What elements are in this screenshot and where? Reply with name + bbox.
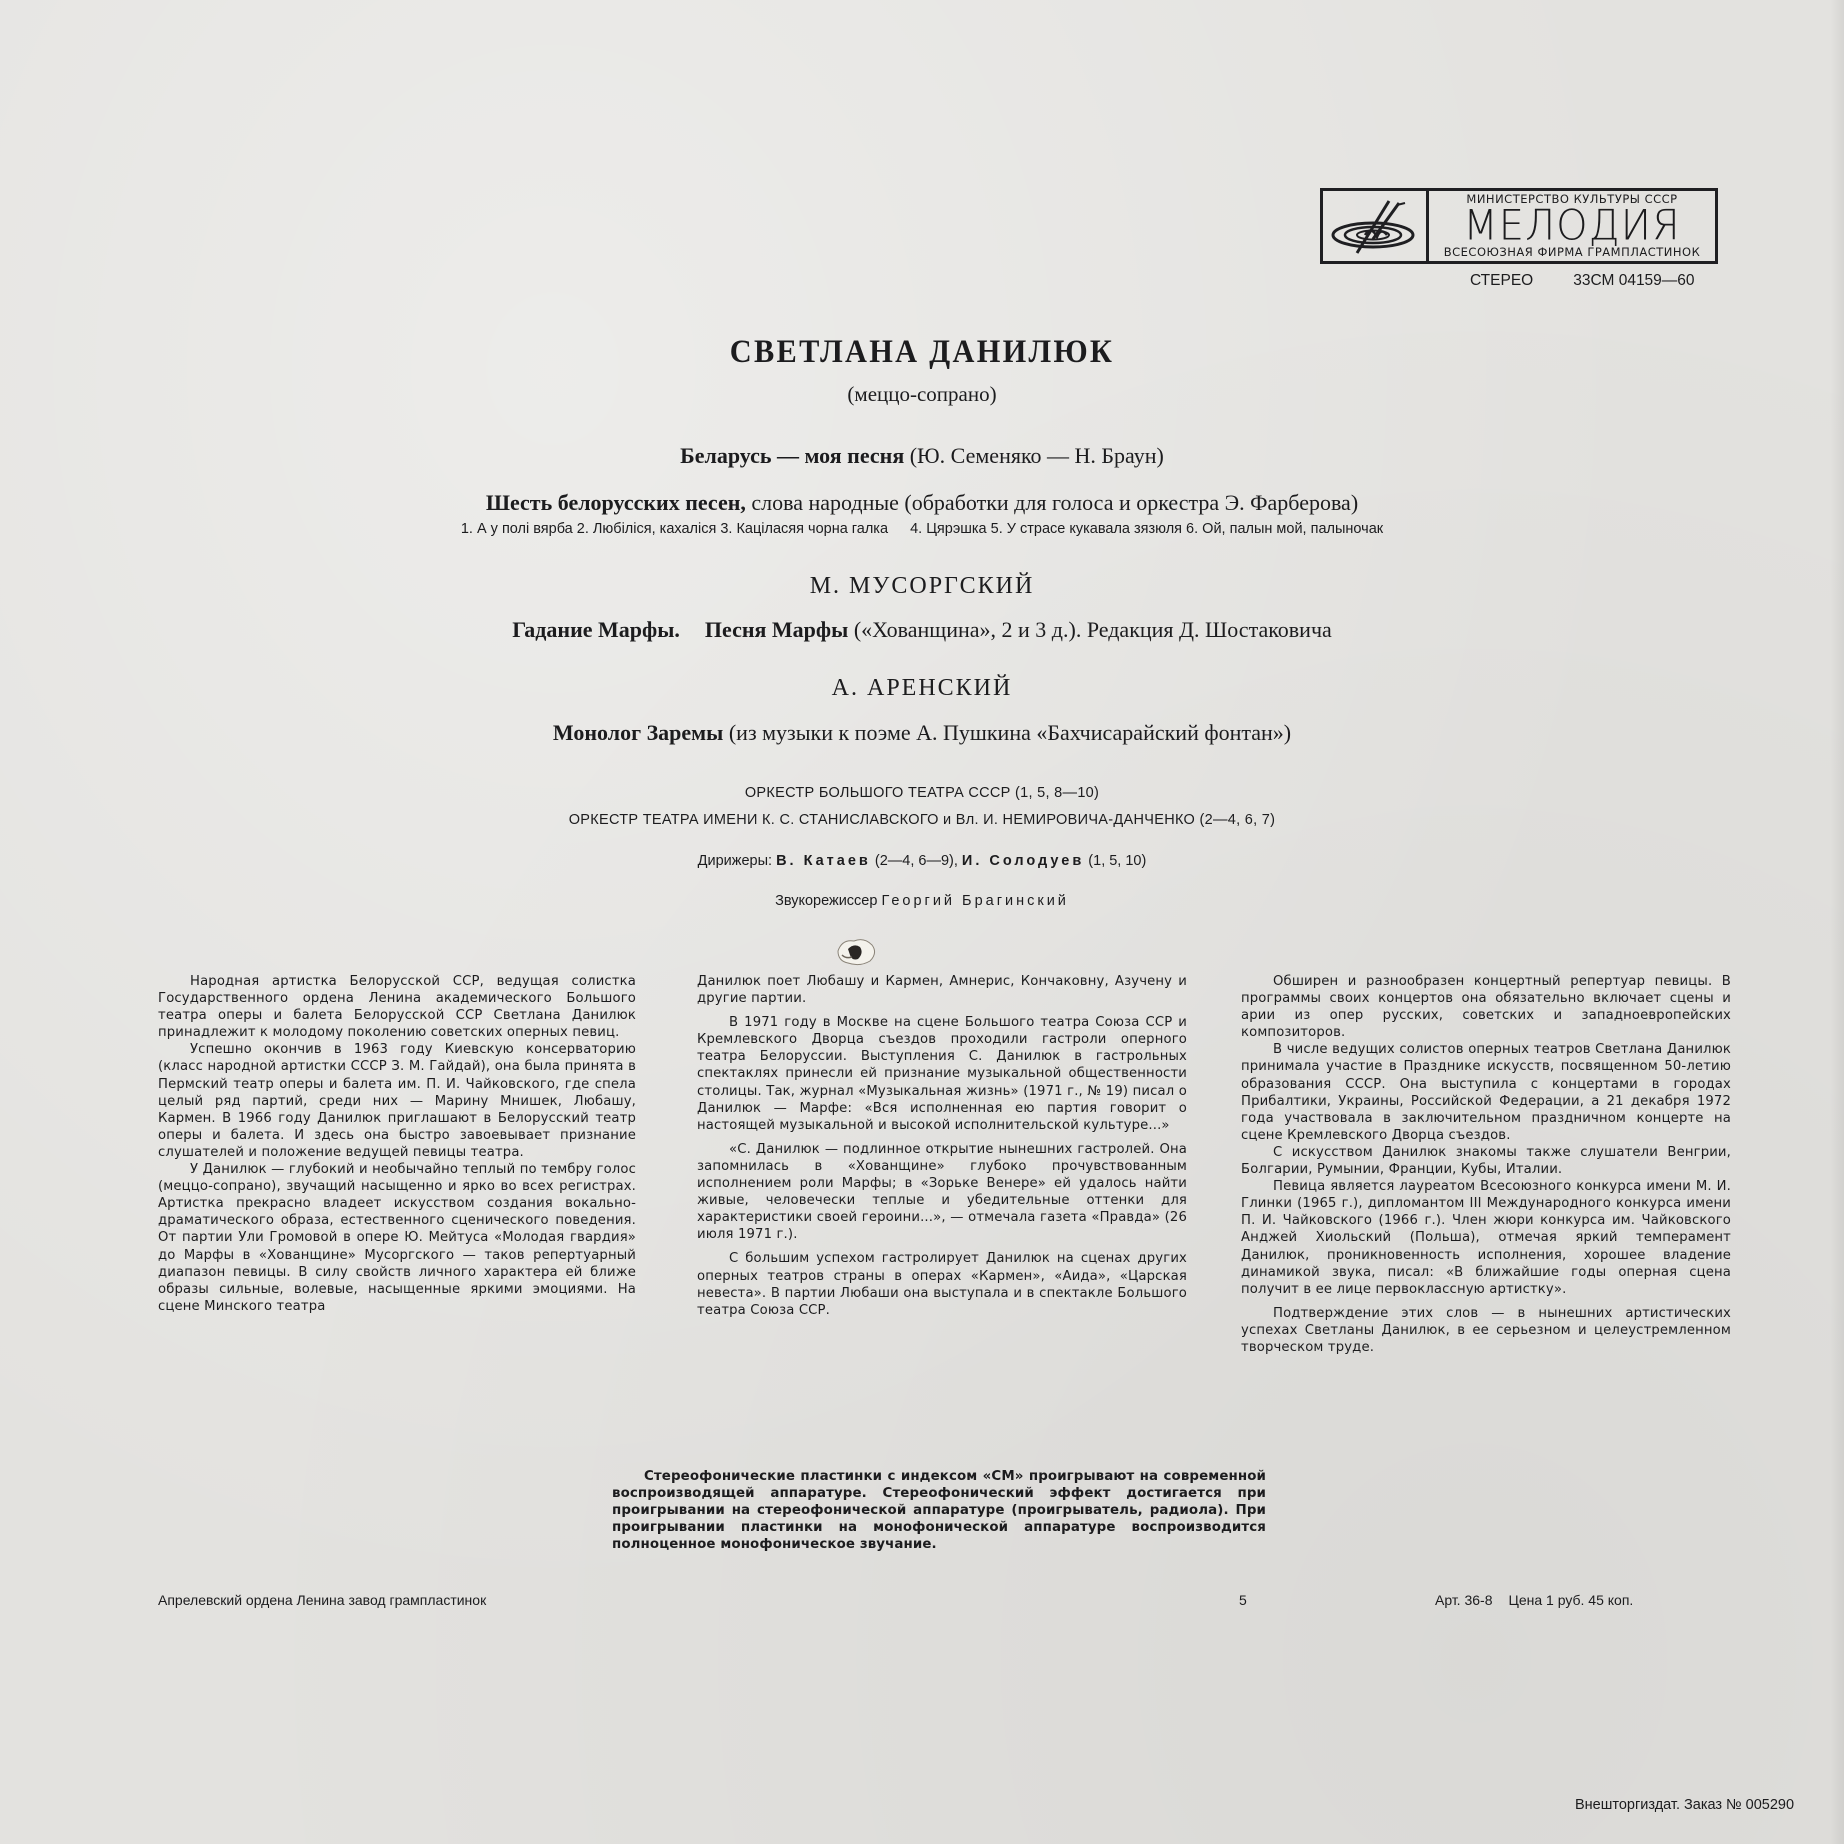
song-list-part-b: 4. Цярэшка 5. У страсе кукавала зязюля 6… bbox=[910, 521, 1383, 537]
paragraph: Подтверждение этих слов — в нынешних арт… bbox=[1241, 1305, 1731, 1356]
orchestra-bolshoi: ОРКЕСТР БОЛЬШОГО ТЕАТРА СССР (1, 5, 8—10… bbox=[0, 785, 1844, 801]
stereo-notice: Стереофонические пластинки с индексом «С… bbox=[612, 1468, 1266, 1553]
sleeve-edge-shadow bbox=[1830, 0, 1844, 1844]
order-number: Внешторгиздат. Заказ № 005290 bbox=[1575, 1797, 1794, 1813]
melodiya-logo: МИНИСТЕРСТВО КУЛЬТУРЫ СССР МЕЛОДИЯ ВСЕСО… bbox=[1320, 188, 1718, 264]
paragraph: С искусством Данилюк знакомы также слуша… bbox=[1241, 1144, 1731, 1178]
paragraph: С большим успехом гастролирует Данилюк н… bbox=[697, 1250, 1187, 1318]
song-list-part-a: 1. А у полі вярба 2. Любіліся, кахаліся … bbox=[461, 521, 888, 537]
orchestra-stanislavsky: ОРКЕСТР ТЕАТРА ИМЕНИ К. С. СТАНИСЛАВСКОГ… bbox=[0, 812, 1844, 828]
format-label: СТЕРЕО bbox=[1470, 272, 1533, 289]
catalog-info: СТЕРЕО33СМ 04159—60 bbox=[1470, 272, 1735, 290]
work-title: Монолог Заремы bbox=[553, 720, 723, 745]
sound-engineer: Звукорежиссер Георгий Брагинский bbox=[0, 893, 1844, 909]
print-number: 5 bbox=[1239, 1592, 1247, 1608]
notice-text: Стереофонические пластинки с индексом «С… bbox=[612, 1468, 1266, 1553]
paragraph: У Данилюк — глубокий и необычайно теплый… bbox=[158, 1161, 636, 1315]
work-title-b: Песня Марфы bbox=[705, 617, 848, 642]
work-credit: («Хованщина», 2 и 3 д.). Редакция Д. Шос… bbox=[854, 617, 1332, 642]
work-belarus: Беларусь — моя песня (Ю. Семеняко — Н. Б… bbox=[0, 443, 1844, 469]
price: Цена 1 руб. 45 коп. bbox=[1508, 1592, 1633, 1608]
sleeve-tear bbox=[834, 935, 878, 967]
composer-mussorgsky: М. МУСОРГСКИЙ bbox=[0, 573, 1844, 600]
work-title: Шесть белорусских песен, bbox=[486, 490, 746, 515]
paragraph: Народная артистка Белорусской ССР, ведущ… bbox=[158, 973, 636, 1041]
liner-notes-column-2: Данилюк поет Любашу и Кармен, Амнерис, К… bbox=[697, 973, 1187, 1319]
paragraph: В 1971 году в Москве на сцене Большого т… bbox=[697, 1014, 1187, 1134]
brand-name: МЕЛОДИЯ bbox=[1463, 205, 1680, 247]
work-credit: (Ю. Семеняко — Н. Браун) bbox=[910, 443, 1164, 468]
work-credit: слова народные (обработки для голоса и о… bbox=[751, 490, 1358, 515]
composer-arensky: А. АРЕНСКИЙ bbox=[0, 675, 1844, 702]
liner-notes-column-3: Обширен и разнообразен концертный реперт… bbox=[1241, 973, 1731, 1356]
work-title-a: Гадание Марфы. bbox=[512, 617, 680, 642]
artist-name: СВЕТЛАНА ДАНИЛЮК bbox=[74, 334, 1770, 371]
work-zarema: Монолог Заремы (из музыки к поэме А. Пуш… bbox=[0, 720, 1844, 746]
work-credit: (из музыки к поэме А. Пушкина «Бахчисара… bbox=[729, 720, 1291, 745]
song-list: 1. А у полі вярба 2. Любіліся, кахаліся … bbox=[0, 521, 1844, 537]
melodiya-logo-icon bbox=[1323, 191, 1429, 261]
conductors-label: Дирижеры: bbox=[698, 853, 772, 869]
conductor-name: И. Солодуев bbox=[962, 853, 1084, 869]
paragraph: Данилюк поет Любашу и Кармен, Амнерис, К… bbox=[697, 973, 1187, 1007]
conductor-name: В. Катаев bbox=[776, 853, 871, 869]
work-marfa: Гадание Марфы. Песня Марфы («Хованщина»,… bbox=[0, 617, 1844, 643]
paragraph: В числе ведущих солистов оперных театров… bbox=[1241, 1041, 1731, 1144]
article-price: Арт. 36-8Цена 1 руб. 45 коп. bbox=[1435, 1592, 1633, 1608]
manufacturer: Апрелевский ордена Ленина завод грамплас… bbox=[158, 1592, 486, 1608]
conductor-tracks: (1, 5, 10) bbox=[1088, 853, 1146, 869]
paragraph: «С. Данилюк — подлинное открытие нынешни… bbox=[697, 1141, 1187, 1244]
paragraph: Успешно окончив в 1963 году Киевскую кон… bbox=[158, 1041, 636, 1161]
work-title: Беларусь — моя песня bbox=[680, 443, 904, 468]
conductor-tracks: (2—4, 6—9), bbox=[875, 853, 958, 869]
work-six-songs: Шесть белорусских песен, слова народные … bbox=[0, 490, 1844, 516]
catalog-number: 33СМ 04159—60 bbox=[1573, 272, 1694, 289]
engineer-name: Георгий Брагинский bbox=[881, 893, 1068, 909]
paragraph: Обширен и разнообразен концертный реперт… bbox=[1241, 973, 1731, 1041]
article-number: Арт. 36-8 bbox=[1435, 1592, 1492, 1608]
paragraph: Певица является лауреатом Всесоюзного ко… bbox=[1241, 1178, 1731, 1298]
liner-notes-column-1: Народная артистка Белорусской ССР, ведущ… bbox=[158, 973, 636, 1315]
engineer-label: Звукорежиссер bbox=[775, 893, 877, 909]
voice-type: (меццо-сопрано) bbox=[0, 382, 1844, 407]
conductors: Дирижеры: В. Катаев (2—4, 6—9), И. Солод… bbox=[0, 853, 1844, 869]
